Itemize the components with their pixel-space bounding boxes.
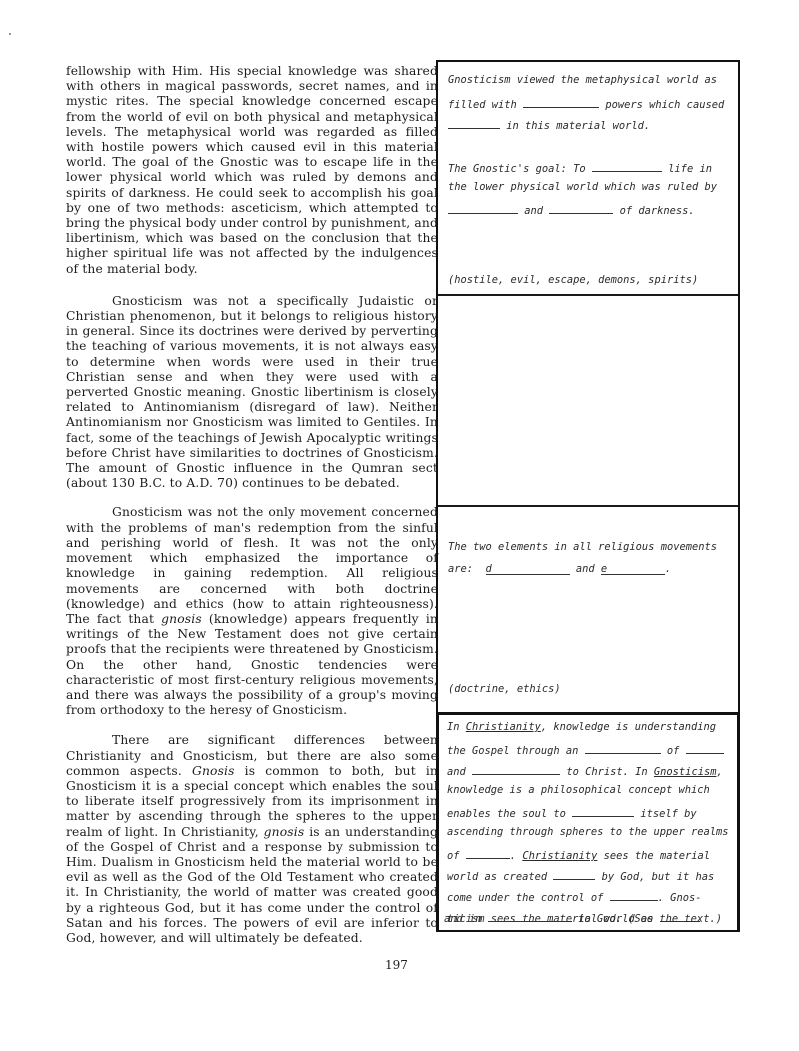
paragraph-3: Gnosticism was not the only movement con… (66, 505, 438, 718)
body-text-column: fellowship with Him. His special knowled… (66, 64, 438, 946)
frame-3: The two elements in all religious moveme… (438, 507, 738, 714)
answer-blank[interactable] (686, 742, 724, 754)
answer-blank[interactable] (466, 847, 510, 859)
frame-4-last-line: and in to God. (See the text.) (444, 910, 722, 925)
term-gnosis: gnosis (161, 612, 202, 626)
programmed-learning-frames: Gnosticism viewed the metaphysical world… (436, 60, 740, 932)
answer-blank[interactable] (523, 96, 599, 108)
answer-blank[interactable] (592, 160, 662, 172)
answer-blank[interactable] (572, 805, 634, 817)
scan-speck (9, 33, 11, 35)
term-gnosis: Gnosis (192, 764, 235, 778)
page-number: 197 (385, 958, 408, 972)
paragraph-1: fellowship with Him. His special knowled… (66, 64, 438, 277)
answer-blank[interactable] (553, 868, 595, 880)
answer-blank[interactable] (610, 889, 658, 901)
answer-blank[interactable] (472, 763, 560, 775)
paragraph-2: Gnosticism was not a specifically Judais… (66, 294, 438, 492)
answer-blank-d[interactable]: d (486, 563, 570, 575)
term-gnosis: gnosis (264, 825, 305, 839)
frame-1: Gnosticism viewed the metaphysical world… (438, 62, 738, 296)
answer-blank[interactable] (585, 742, 661, 754)
frame-4: In Christianity, knowledge is understand… (436, 712, 740, 932)
answer-blank-e[interactable]: e (601, 563, 665, 575)
answer-key: (hostile, evil, escape, demons, spirits) (448, 274, 698, 286)
answer-blank[interactable] (448, 202, 518, 214)
frame-2-empty (438, 296, 738, 507)
answer-key: (doctrine, ethics) (448, 683, 561, 695)
answer-blank[interactable] (488, 910, 572, 922)
paragraph-4: There are significant differences betwee… (66, 733, 438, 946)
answer-blank[interactable] (549, 202, 613, 214)
answer-blank[interactable] (448, 117, 500, 129)
